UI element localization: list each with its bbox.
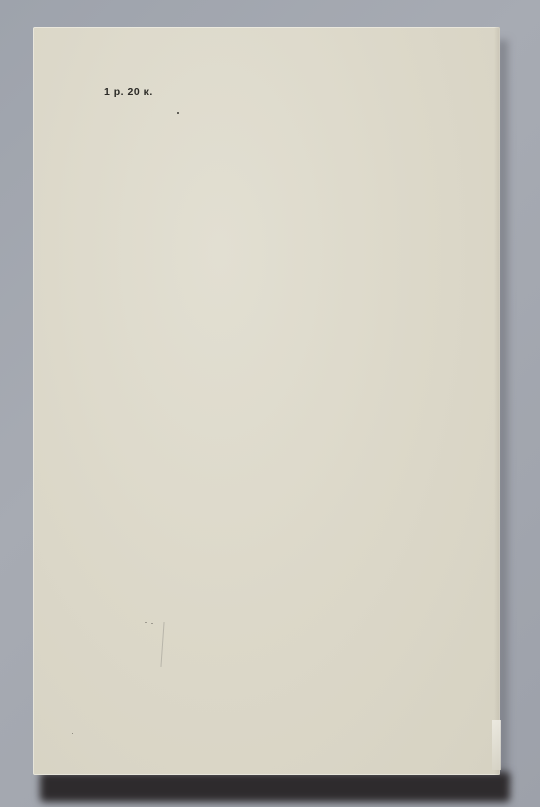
- ink-speck: [177, 112, 179, 114]
- ink-speck: [151, 623, 153, 624]
- worn-corner: [492, 720, 501, 770]
- book-bottom-shadow: [40, 772, 510, 802]
- price-label: 1 р. 20 к.: [104, 86, 153, 98]
- ink-speck: [72, 733, 73, 734]
- ink-speck: [145, 622, 147, 623]
- book-back-cover: [33, 27, 500, 775]
